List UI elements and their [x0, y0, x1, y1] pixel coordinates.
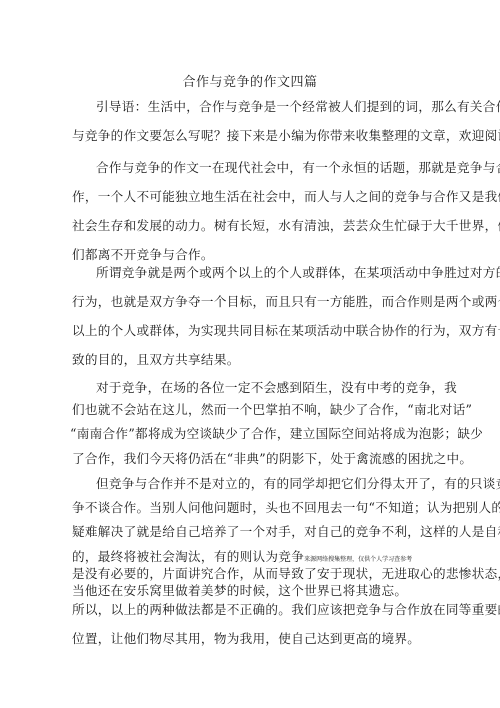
source-footnote: 来源网络搜集整理，仅供个人学习查参考: [304, 556, 412, 563]
paragraph-6-line-2: 位置，让他们物尽其用，物为我用，使自己达到更高的境界。: [72, 631, 434, 647]
paragraph-6-line-1: 所以，以上的两种做法都是不正确的。我们应该把竞争与合作放在同等重要的: [72, 602, 434, 618]
paragraph-2-line-1: 合作与竞争的作文一在现代社会中，有一个永恒的话题，那就是竞争与合: [96, 160, 434, 176]
paragraph-2-line-3: 社会生存和发展的动力。树有长短，水有清浊，芸芸众生忙碌于大千世界，他: [72, 218, 434, 234]
paragraph-3-line-1: 所谓竞争就是两个或两个以上的个人或群体，在某项活动中争胜过对方的: [96, 265, 434, 281]
paragraph-5-line-5: 是没有必要的，片面讲究合作，从而导致了安于现状，无进取心的悲惨状态，: [72, 566, 434, 582]
paragraph-3-line-4: 致的目的，且双方共享结果。: [72, 352, 434, 368]
paragraph-2-line-4: 们都离不开竞争与合作。: [72, 247, 434, 263]
paragraph-4-line-2: 们也就不会站在这儿，然而一个巴掌拍不响，缺少了合作，“南北对话”: [72, 402, 434, 418]
paragraph-5-line-1: 但竞争与合作并不是对立的，有的同学却把它们分得太开了，有的只谈竞: [96, 476, 434, 492]
document-title: 合作与竞争的作文四篇: [0, 71, 500, 90]
paragraph-4-line-4: 了合作，我们今天将仍活在“非典”的阴影下，处于禽流感的困扰之中。: [72, 451, 434, 467]
paragraph-2-line-2: 作，一个人不可能独立地生活在社会中，而人与人之间的竞争与合作又是我们: [72, 189, 434, 205]
paragraph-3-line-3: 以上的个人或群体，为实现共同目标在某项活动中联合协作的行为，双方有一: [72, 323, 434, 339]
paragraph-5-line-2: 争不谈合作。当别人问他问题时，头也不回甩去一句“不知道；认为把别人的: [72, 500, 434, 516]
paragraph-1-line-1: 引导语：生活中，合作与竞争是一个经常被人们提到的词，那么有关合作: [96, 99, 434, 115]
document-page: 合作与竞争的作文四篇 引导语：生活中，合作与竞争是一个经常被人们提到的词，那么有…: [0, 0, 500, 708]
paragraph-4-line-1: 对于竞争，在场的各位一定不会感到陌生，没有中考的竞争，我: [96, 380, 434, 396]
paragraph-4-line-3: “南南合作”都将成为空谈缺少了合作，建立国际空间站将成为泡影；缺少: [70, 426, 432, 442]
paragraph-5-line-4-text: 的，最终将被社会淘汰，有的则认为竞争: [72, 549, 304, 564]
paragraph-1-line-2: 与竞争的作文要怎么写呢？接下来是小编为你带来收集整理的文章，欢迎阅读！: [72, 128, 434, 144]
paragraph-5-line-3: 疑难解决了就是给自己培养了一个对手，对自己的竞争不利，这样的人是自私: [72, 524, 434, 540]
paragraph-5-line-6: 当他还在安乐窝里做着美梦的时候，这个世界已将其遗忘。: [72, 583, 434, 599]
paragraph-3-line-2: 行为，也就是双方争夺一个目标，而且只有一方能胜，而合作则是两个或两个: [72, 294, 434, 310]
